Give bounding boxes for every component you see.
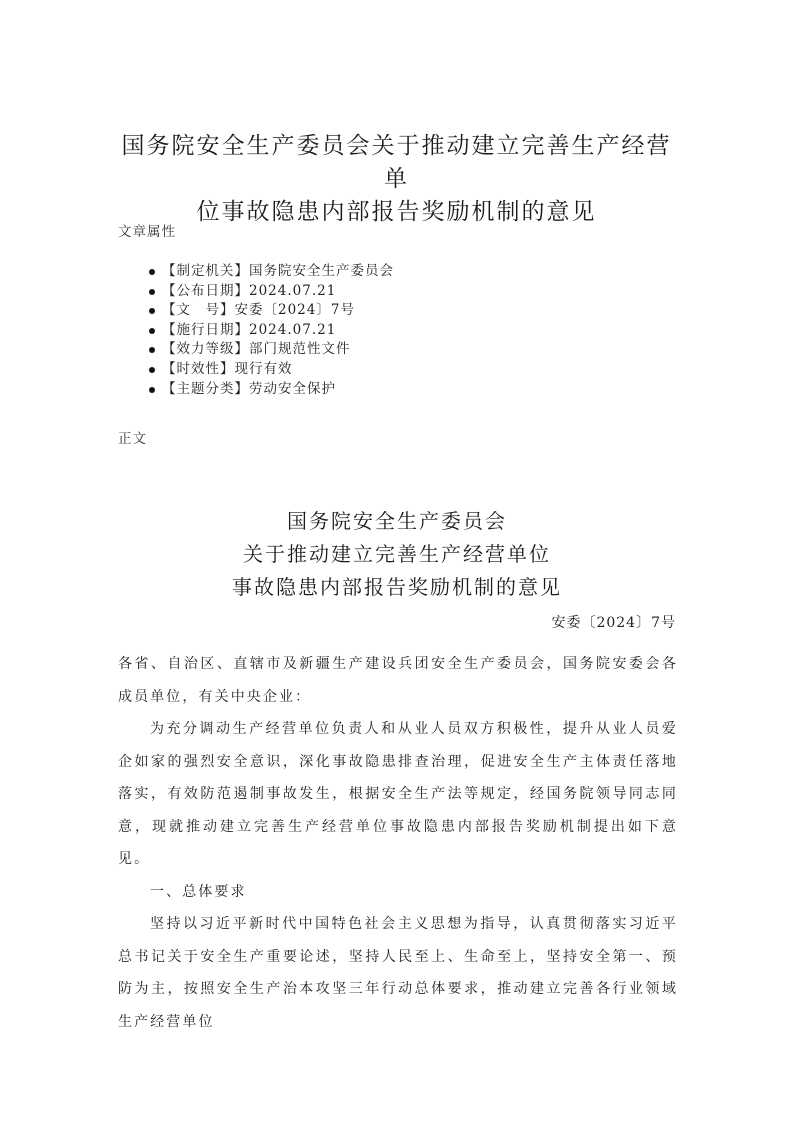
addressee-paragraph: 各省、自治区、直辖市及新疆生产建设兵团安全生产委员会，国务院安委会各成员单位，有…: [118, 648, 678, 713]
intro-paragraph: 为充分调动生产经营单位负责人和从业人员双方积极性，提升从业人员爱企如家的强烈安全…: [118, 713, 678, 876]
bullet-icon: [149, 387, 155, 393]
attribute-value: 2024.07.21: [249, 283, 336, 299]
document-title: 国务院安全生产委员会关于推动建立完善生产经营单 位事故隐患内部报告奖励机制的意见: [110, 130, 683, 229]
bullet-icon: [149, 308, 155, 314]
body-label: 正文: [118, 427, 147, 447]
attribute-key: 【施行日期】: [162, 322, 249, 338]
attribute-value: 2024.07.21: [249, 322, 336, 338]
attribute-value: 部门规范性文件: [249, 341, 351, 357]
document-number: 安委〔2024〕7号: [551, 612, 676, 632]
attribute-item-issuer: 【制定机关】国务院安全生产委员会: [140, 262, 394, 282]
attribute-value: 现行有效: [235, 361, 293, 377]
attribute-item-validity: 【时效性】现行有效: [140, 360, 394, 380]
heading-line-2: 关于推动建立完善生产经营单位: [118, 538, 676, 567]
attribute-key: 【时效性】: [162, 361, 235, 377]
attribute-key: 【制定机关】: [162, 263, 249, 279]
attribute-key: 【效力等级】: [162, 341, 249, 357]
attribute-item-doc-number: 【文 号】安委〔2024〕7号: [140, 301, 394, 321]
attributes-list: 【制定机关】国务院安全生产委员会 【公布日期】2024.07.21 【文 号】安…: [140, 262, 394, 399]
attribute-item-publish-date: 【公布日期】2024.07.21: [140, 282, 394, 302]
attribute-item-category: 【主题分类】劳动安全保护: [140, 380, 394, 400]
bullet-icon: [149, 328, 155, 334]
attribute-key: 【文 号】: [162, 302, 235, 318]
attribute-key: 【公布日期】: [162, 283, 249, 299]
section-paragraph: 坚持以习近平新时代中国特色社会主义思想为指导，认真贯彻落实习近平总书记关于安全生…: [118, 908, 678, 1038]
document-body: 各省、自治区、直辖市及新疆生产建设兵团安全生产委员会，国务院安委会各成员单位，有…: [118, 648, 678, 1038]
document-title-line-2: 位事故隐患内部报告奖励机制的意见: [110, 196, 683, 229]
bullet-icon: [149, 367, 155, 373]
attributes-label: 文章属性: [118, 220, 176, 240]
bullet-icon: [149, 347, 155, 353]
document-page: 国务院安全生产委员会关于推动建立完善生产经营单 位事故隐患内部报告奖励机制的意见…: [0, 0, 793, 1122]
heading-issuer: 国务院安全生产委员会: [118, 505, 676, 534]
document-title-line-1: 国务院安全生产委员会关于推动建立完善生产经营单: [110, 130, 683, 196]
attribute-value: 安委〔2024〕7号: [235, 302, 355, 318]
attribute-value: 劳动安全保护: [249, 381, 336, 397]
heading-line-3: 事故隐患内部报告奖励机制的意见: [118, 571, 676, 600]
attribute-item-effective-date: 【施行日期】2024.07.21: [140, 321, 394, 341]
section-heading: 一、总体要求: [118, 876, 678, 909]
bullet-icon: [149, 269, 155, 275]
attribute-key: 【主题分类】: [162, 381, 249, 397]
attribute-value: 国务院安全生产委员会: [249, 263, 394, 279]
attribute-item-legal-level: 【效力等级】部门规范性文件: [140, 340, 394, 360]
bullet-icon: [149, 289, 155, 295]
